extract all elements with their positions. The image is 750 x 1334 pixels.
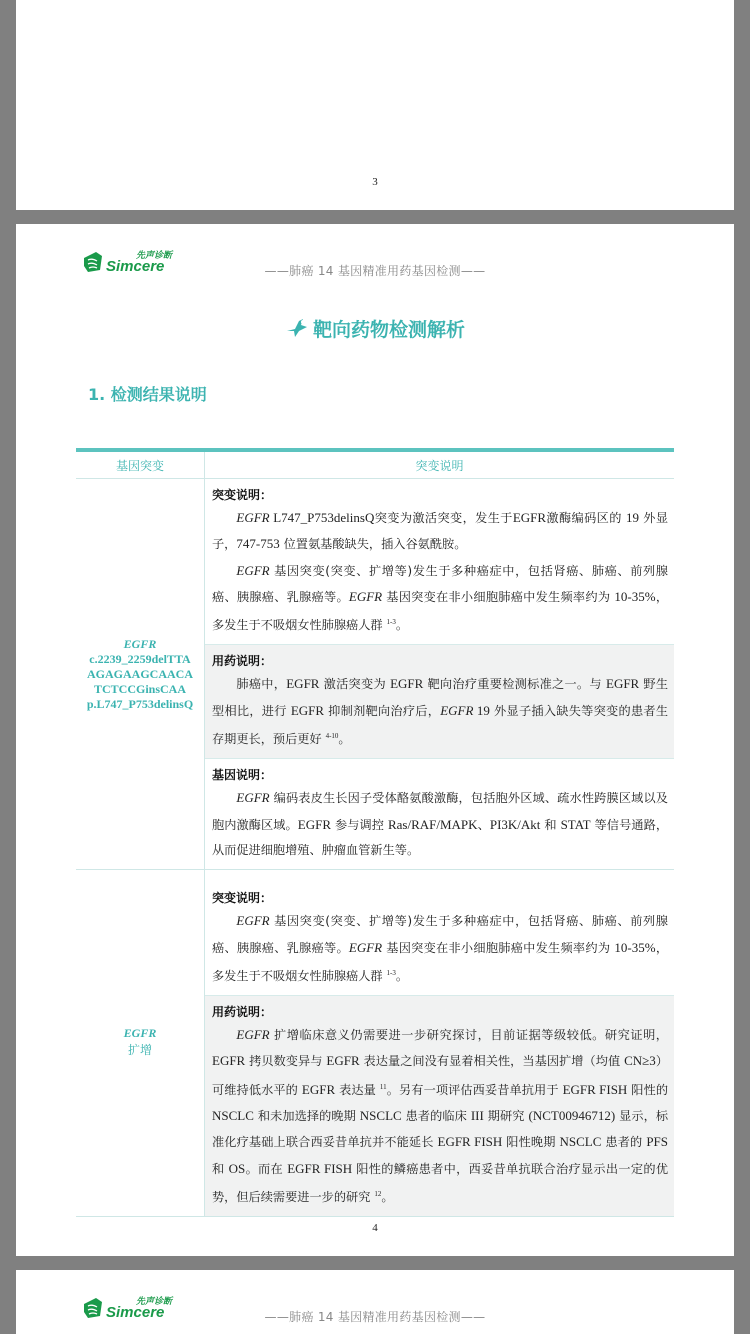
block-title: 基因说明： bbox=[212, 765, 668, 785]
block-title: 用药说明： bbox=[212, 1002, 668, 1022]
header-mutation-description: 突变说明 bbox=[205, 450, 675, 479]
drug-description-block: 用药说明： EGFR 扩增临床意义仍需要进一步研究探讨，目前证据等级较低。研究证… bbox=[205, 995, 674, 1216]
paragraph: EGFR 基因突变(突变、扩增等)发生于多种癌症中，包括肾癌、肺癌、前列腺癌、胰… bbox=[212, 558, 668, 639]
description-cell: 突变说明： EGFR L747_P753delinsQ突变为激活突变，发生于EG… bbox=[205, 479, 675, 870]
page-number: 4 bbox=[16, 1222, 734, 1234]
document-page-3: 3 bbox=[16, 0, 734, 210]
gene-symbol: EGFR bbox=[76, 637, 204, 652]
paragraph: 肺癌中，EGFR 激活突变为 EGFR 靶向治疗重要检测标准之一。与 EGFR … bbox=[212, 671, 668, 752]
results-table: 基因突变 突变说明 EGFR c.2239_2259delTTA AGAGAAG… bbox=[76, 448, 674, 1217]
gene-cell: EGFR c.2239_2259delTTA AGAGAAGCAACA TCTC… bbox=[76, 479, 205, 870]
drug-description-block: 用药说明： 肺癌中，EGFR 激活突变为 EGFR 靶向治疗重要检测标准之一。与… bbox=[205, 644, 674, 758]
mutation-description-block: 突变说明： EGFR 基因突变(突变、扩增等)发生于多种癌症中，包括肾癌、肺癌、… bbox=[205, 870, 674, 995]
gene-variant-line: c.2239_2259delTTA bbox=[76, 652, 204, 667]
block-title: 突变说明： bbox=[212, 485, 668, 505]
header-gene-mutation: 基因突变 bbox=[76, 450, 205, 479]
block-title: 突变说明： bbox=[212, 888, 668, 908]
gene-variant-line: AGAGAAGCAACA bbox=[76, 667, 204, 682]
running-header: ——肺癌 14 基因精准用药基因检测—— bbox=[16, 262, 734, 279]
gene-symbol: EGFR bbox=[76, 1026, 204, 1041]
block-title: 用药说明： bbox=[212, 651, 668, 671]
table-row: EGFR 扩增 突变说明： EGFR 基因突变(突变、扩增等)发生于多种癌症中，… bbox=[76, 870, 674, 1217]
gene-variant-line: TCTCCGinsCAA bbox=[76, 682, 204, 697]
gene-description-block: 基因说明： EGFR 编码表皮生长因子受体酪氨酸激酶，包括胞外区域、疏水性跨膜区… bbox=[205, 758, 674, 869]
document-page-5: 先声诊断 Simcere ——肺癌 14 基因精准用药基因检测—— bbox=[16, 1270, 734, 1334]
subsection-title: 1. 检测结果说明 bbox=[88, 382, 207, 405]
gene-alteration-type: 扩增 bbox=[76, 1041, 204, 1060]
mutation-description-block: 突变说明： EGFR L747_P753delinsQ突变为激活突变，发生于EG… bbox=[205, 479, 674, 644]
document-page-4: 先声诊断 Simcere ——肺癌 14 基因精准用药基因检测—— 靶向药物检测… bbox=[16, 224, 734, 1256]
description-cell: 突变说明： EGFR 基因突变(突变、扩增等)发生于多种癌症中，包括肾癌、肺癌、… bbox=[205, 870, 675, 1217]
dna-icon bbox=[285, 317, 309, 344]
paragraph: EGFR 编码表皮生长因子受体酪氨酸激酶，包括胞外区域、疏水性跨膜区域以及胞内激… bbox=[212, 785, 668, 863]
page-number: 3 bbox=[16, 176, 734, 188]
paragraph: EGFR 基因突变(突变、扩增等)发生于多种癌症中，包括肾癌、肺癌、前列腺癌、胰… bbox=[212, 908, 668, 989]
table-header-row: 基因突变 突变说明 bbox=[76, 450, 674, 479]
section-title-text: 靶向药物检测解析 bbox=[313, 319, 465, 341]
table-row: EGFR c.2239_2259delTTA AGAGAAGCAACA TCTC… bbox=[76, 479, 674, 870]
gene-cell: EGFR 扩增 bbox=[76, 870, 205, 1217]
paragraph: EGFR 扩增临床意义仍需要进一步研究探讨，目前证据等级较低。研究证明，EGFR… bbox=[212, 1022, 668, 1210]
section-title: 靶向药物检测解析 bbox=[16, 315, 734, 344]
paragraph: EGFR L747_P753delinsQ突变为激活突变，发生于EGFR激酶编码… bbox=[212, 505, 668, 558]
running-header: ——肺癌 14 基因精准用药基因检测—— bbox=[16, 1308, 734, 1325]
gene-variant-line: p.L747_P753delinsQ bbox=[76, 697, 204, 712]
